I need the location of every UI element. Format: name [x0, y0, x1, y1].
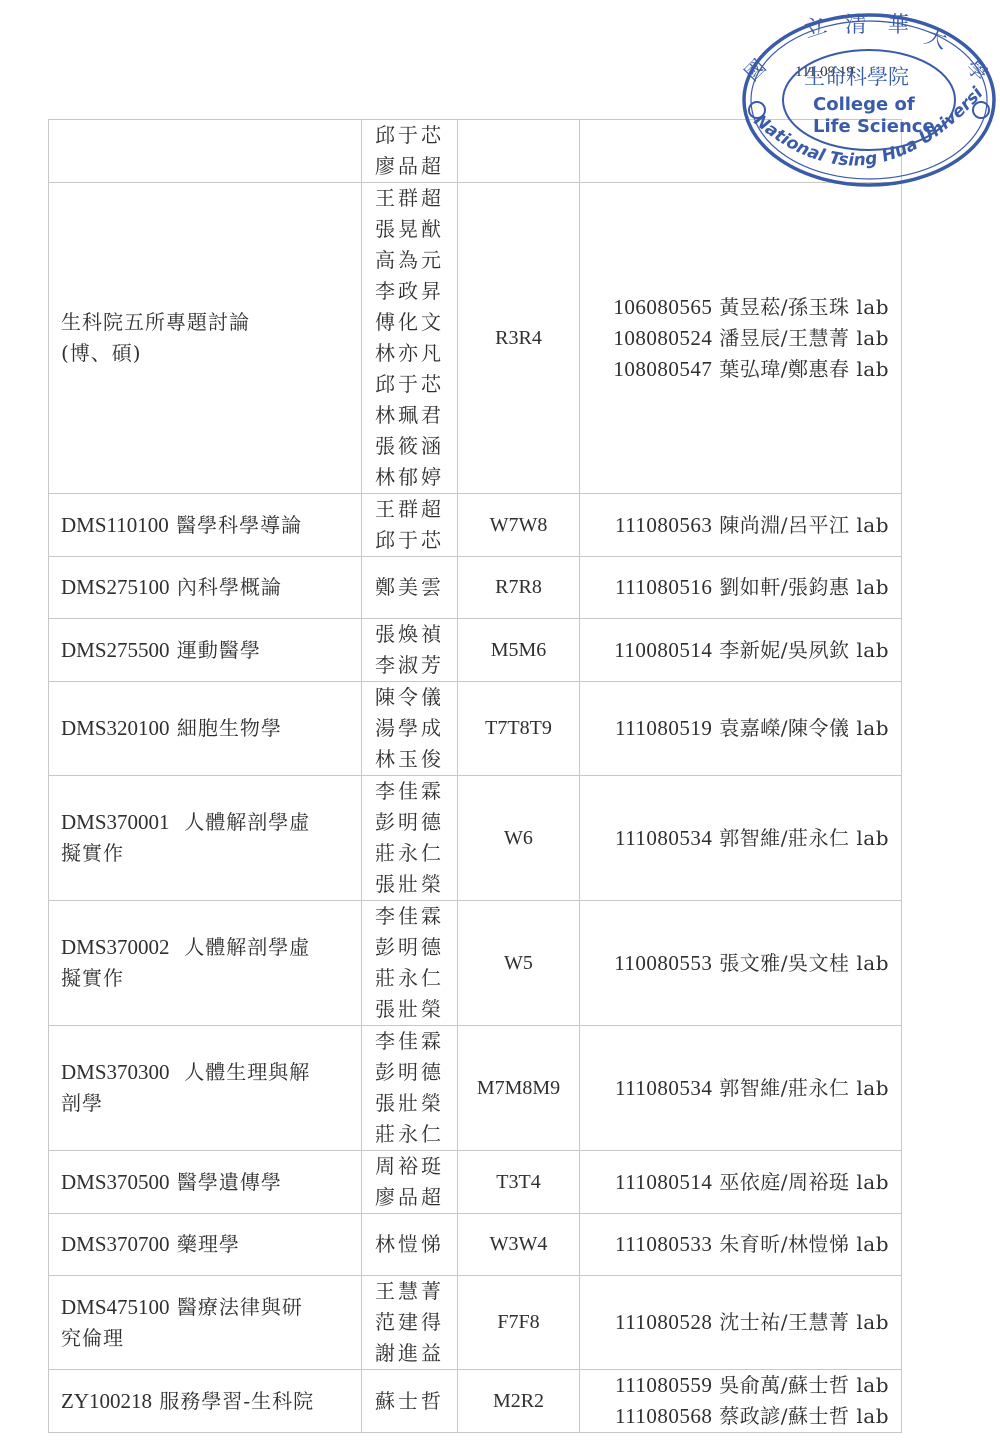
teacher-cell: 張煥禎 李淑芳 [362, 619, 458, 682]
course-code: DMS370001 [61, 810, 170, 834]
ta-cell: 111080559 吳俞萬/蘇士哲 lab 111080568 蔡政諺/蘇士哲 … [580, 1370, 902, 1433]
ta-assignment-table: 邱于芯 廖品超 生科院五所專題討論 (博、碩) 王群超 張晃猷 高為元 李政昇 … [48, 119, 902, 1433]
teacher-name: 王群超 [362, 494, 457, 525]
course-name-line2: 擬實作 [61, 963, 355, 994]
time-cell: T7T8T9 [458, 682, 580, 776]
course-name-line2: 剖學 [61, 1088, 355, 1119]
table-row: DMS475100 醫療法律與研 究倫理 王慧菁 范建得 謝進益 F7F8 11… [49, 1276, 902, 1370]
time-cell: T3T4 [458, 1151, 580, 1214]
course-name-line2: (博、碩) [61, 338, 355, 369]
teacher-cell: 李佳霖 彭明德 張壯榮 莊永仁 [362, 1026, 458, 1151]
teacher-name: 張壯榮 [362, 1088, 457, 1119]
ta-cell: 111080516 劉如軒/張鈞惠 lab [580, 557, 902, 619]
ta-entry: 110080514 李新妮/吳夙欽 lab [580, 635, 889, 666]
table-row: DMS370700 藥理學 林愷悌 W3W4 111080533 朱育昕/林愷悌… [49, 1214, 902, 1276]
ta-entry: 110080553 張文雅/吳文桂 lab [580, 948, 889, 979]
table-row: 邱于芯 廖品超 [49, 120, 902, 183]
teacher-cell: 陳令儀 湯學成 林玉俊 [362, 682, 458, 776]
teacher-name: 廖品超 [362, 151, 457, 182]
course-code: DMS275500 [61, 638, 170, 662]
time-cell: M7M8M9 [458, 1026, 580, 1151]
course-code: DMS370002 [61, 935, 170, 959]
teacher-name: 陳令儀 [362, 682, 457, 713]
teacher-name: 張煥禎 [362, 619, 457, 650]
ta-entry: 111080514 巫依庭/周裕珽 lab [580, 1167, 889, 1198]
course-cell [49, 120, 362, 183]
course-code: DMS275100 [61, 575, 170, 599]
ta-cell: 111080528 沈士祐/王慧菁 lab [580, 1276, 902, 1370]
table-row: DMS320100 細胞生物學 陳令儀 湯學成 林玉俊 T7T8T9 11108… [49, 682, 902, 776]
course-code: DMS370300 [61, 1060, 170, 1084]
course-name: 運動醫學 [177, 638, 261, 662]
teacher-name: 范建得 [362, 1307, 457, 1338]
teacher-name: 莊永仁 [362, 838, 457, 869]
teacher-name: 周裕珽 [362, 1151, 457, 1182]
ta-cell: 111080534 郭智維/莊永仁 lab [580, 776, 902, 901]
ta-cell [580, 120, 902, 183]
course-name: 內科學概論 [177, 575, 282, 599]
table-row: DMS275100 內科學概論 鄭美雲 R7R8 111080516 劉如軒/張… [49, 557, 902, 619]
teacher-name: 彭明德 [362, 1057, 457, 1088]
teacher-cell: 王慧菁 范建得 謝進益 [362, 1276, 458, 1370]
teacher-name: 林郁婷 [362, 462, 457, 493]
course-name-line2: 究倫理 [61, 1323, 355, 1354]
ta-cell: 111080563 陳尚淵/呂平江 lab [580, 494, 902, 557]
teacher-name: 傅化文 [362, 307, 457, 338]
teacher-cell: 鄭美雲 [362, 557, 458, 619]
teacher-name: 林玉俊 [362, 744, 457, 775]
ta-cell: 106080565 黃昱菘/孫玉珠 lab 108080524 潘昱辰/王慧菁 … [580, 183, 902, 494]
course-cell: DMS110100 醫學科學導論 [49, 494, 362, 557]
time-cell [458, 120, 580, 183]
teacher-name: 彭明德 [362, 807, 457, 838]
table-row: 生科院五所專題討論 (博、碩) 王群超 張晃猷 高為元 李政昇 傅化文 林亦凡 … [49, 183, 902, 494]
time-cell: F7F8 [458, 1276, 580, 1370]
course-cell: DMS475100 醫療法律與研 究倫理 [49, 1276, 362, 1370]
ta-entry: 108080547 葉弘瑋/鄭惠春 lab [580, 354, 889, 385]
ta-cell: 111080533 朱育昕/林愷悌 lab [580, 1214, 902, 1276]
teacher-name: 王慧菁 [362, 1276, 457, 1307]
ta-entry: 111080534 郭智維/莊永仁 lab [580, 1073, 889, 1104]
table-row: ZY100218 服務學習-生科院 蘇士哲 M2R2 111080559 吳俞萬… [49, 1370, 902, 1433]
teacher-name: 莊永仁 [362, 1119, 457, 1150]
teacher-name: 李佳霖 [362, 901, 457, 932]
course-name: 醫學遺傳學 [177, 1170, 282, 1194]
ta-cell: 111080514 巫依庭/周裕珽 lab [580, 1151, 902, 1214]
ta-cell: 111080534 郭智維/莊永仁 lab [580, 1026, 902, 1151]
ta-entry: 111080563 陳尚淵/呂平江 lab [580, 510, 889, 541]
svg-text:立: 立 [801, 13, 830, 44]
teacher-name: 湯學成 [362, 713, 457, 744]
teacher-cell: 周裕珽 廖品超 [362, 1151, 458, 1214]
table-row: DMS110100 醫學科學導論 王群超 邱于芯 W7W8 111080563 … [49, 494, 902, 557]
teacher-name: 林愷悌 [362, 1229, 457, 1260]
table-row: DMS370001 人體解剖學虛 擬實作 李佳霖 彭明德 莊永仁 張壯榮 W6 … [49, 776, 902, 901]
course-name: 人體解剖學虛 [184, 935, 310, 959]
ta-entry: 111080568 蔡政諺/蘇士哲 lab [580, 1401, 889, 1432]
document-date: 111.09.19 [795, 64, 854, 81]
course-code: DMS475100 [61, 1295, 170, 1319]
course-name: 生科院五所專題討論 [61, 307, 355, 338]
course-code: DMS110100 [61, 513, 169, 537]
teacher-name: 張筱涵 [362, 431, 457, 462]
teacher-name: 莊永仁 [362, 963, 457, 994]
teacher-name: 高為元 [362, 245, 457, 276]
course-cell: ZY100218 服務學習-生科院 [49, 1370, 362, 1433]
teacher-name: 邱于芯 [362, 120, 457, 151]
time-cell: M2R2 [458, 1370, 580, 1433]
ta-entry: 106080565 黃昱菘/孫玉珠 lab [580, 292, 889, 323]
course-cell: DMS370001 人體解剖學虛 擬實作 [49, 776, 362, 901]
svg-text:大: 大 [921, 24, 950, 55]
time-cell: W6 [458, 776, 580, 901]
course-name: 醫學科學導論 [176, 513, 302, 537]
teacher-cell: 王群超 張晃猷 高為元 李政昇 傅化文 林亦凡 邱于芯 林珮君 張筱涵 林郁婷 [362, 183, 458, 494]
table-row: DMS370500 醫學遺傳學 周裕珽 廖品超 T3T4 111080514 巫… [49, 1151, 902, 1214]
teacher-name: 廖品超 [362, 1182, 457, 1213]
table-row: DMS275500 運動醫學 張煥禎 李淑芳 M5M6 110080514 李新… [49, 619, 902, 682]
course-code: DMS370500 [61, 1170, 170, 1194]
teacher-name: 張壯榮 [362, 869, 457, 900]
course-code: ZY100218 [61, 1389, 152, 1413]
course-cell: DMS370300 人體生理與解 剖學 [49, 1026, 362, 1151]
course-cell: DMS275100 內科學概論 [49, 557, 362, 619]
svg-text:華: 華 [887, 13, 909, 38]
ta-entry: 111080519 袁嘉嶸/陳令儀 lab [580, 713, 889, 744]
table-row: DMS370300 人體生理與解 剖學 李佳霖 彭明德 張壯榮 莊永仁 M7M8… [49, 1026, 902, 1151]
teacher-cell: 李佳霖 彭明德 莊永仁 張壯榮 [362, 901, 458, 1026]
teacher-name: 邱于芯 [362, 369, 457, 400]
ta-entry: 111080516 劉如軒/張鈞惠 lab [580, 572, 889, 603]
course-cell: DMS370002 人體解剖學虛 擬實作 [49, 901, 362, 1026]
time-cell: R3R4 [458, 183, 580, 494]
ta-entry: 108080524 潘昱辰/王慧菁 lab [580, 323, 889, 354]
time-cell: R7R8 [458, 557, 580, 619]
course-name: 細胞生物學 [177, 716, 282, 740]
time-cell: W3W4 [458, 1214, 580, 1276]
teacher-name: 王群超 [362, 183, 457, 214]
teacher-cell: 蘇士哲 [362, 1370, 458, 1433]
teacher-name: 李淑芳 [362, 650, 457, 681]
svg-text:清: 清 [845, 13, 867, 38]
course-cell: 生科院五所專題討論 (博、碩) [49, 183, 362, 494]
teacher-name: 李政昇 [362, 276, 457, 307]
teacher-cell: 王群超 邱于芯 [362, 494, 458, 557]
course-name: 服務學習-生科院 [159, 1389, 314, 1413]
svg-text:學: 學 [961, 55, 992, 86]
teacher-name: 林珮君 [362, 400, 457, 431]
teacher-name: 張壯榮 [362, 994, 457, 1025]
ta-entry: 111080534 郭智維/莊永仁 lab [580, 823, 889, 854]
table-row: DMS370002 人體解剖學虛 擬實作 李佳霖 彭明德 莊永仁 張壯榮 W5 … [49, 901, 902, 1026]
course-cell: DMS275500 運動醫學 [49, 619, 362, 682]
course-code: DMS320100 [61, 716, 170, 740]
ta-cell: 111080519 袁嘉嶸/陳令儀 lab [580, 682, 902, 776]
course-name-line2: 擬實作 [61, 838, 355, 869]
teacher-cell: 邱于芯 廖品超 [362, 120, 458, 183]
teacher-name: 林亦凡 [362, 338, 457, 369]
svg-text:College of: College of [813, 94, 915, 115]
time-cell: W7W8 [458, 494, 580, 557]
course-cell: DMS370700 藥理學 [49, 1214, 362, 1276]
teacher-name: 李佳霖 [362, 1026, 457, 1057]
course-name: 醫療法律與研 [177, 1295, 303, 1319]
ta-cell: 110080514 李新妮/吳夙欽 lab [580, 619, 902, 682]
svg-text:國: 國 [741, 54, 771, 85]
teacher-cell: 林愷悌 [362, 1214, 458, 1276]
course-name: 人體解剖學虛 [184, 810, 310, 834]
teacher-name: 謝進益 [362, 1338, 457, 1369]
time-cell: W5 [458, 901, 580, 1026]
ta-entry: 111080533 朱育昕/林愷悌 lab [580, 1229, 889, 1260]
time-cell: M5M6 [458, 619, 580, 682]
ta-cell: 110080553 張文雅/吳文桂 lab [580, 901, 902, 1026]
course-cell: DMS320100 細胞生物學 [49, 682, 362, 776]
ta-entry: 111080528 沈士祐/王慧菁 lab [580, 1307, 889, 1338]
teacher-name: 張晃猷 [362, 214, 457, 245]
teacher-name: 邱于芯 [362, 525, 457, 556]
teacher-cell: 李佳霖 彭明德 莊永仁 張壯榮 [362, 776, 458, 901]
course-name: 人體生理與解 [184, 1060, 310, 1084]
course-code: DMS370700 [61, 1232, 170, 1256]
teacher-name: 蘇士哲 [362, 1386, 457, 1417]
ta-entry: 111080559 吳俞萬/蘇士哲 lab [580, 1370, 889, 1401]
course-cell: DMS370500 醫學遺傳學 [49, 1151, 362, 1214]
teacher-name: 李佳霖 [362, 776, 457, 807]
teacher-name: 彭明德 [362, 932, 457, 963]
course-name: 藥理學 [177, 1232, 240, 1256]
teacher-name: 鄭美雲 [362, 572, 457, 603]
